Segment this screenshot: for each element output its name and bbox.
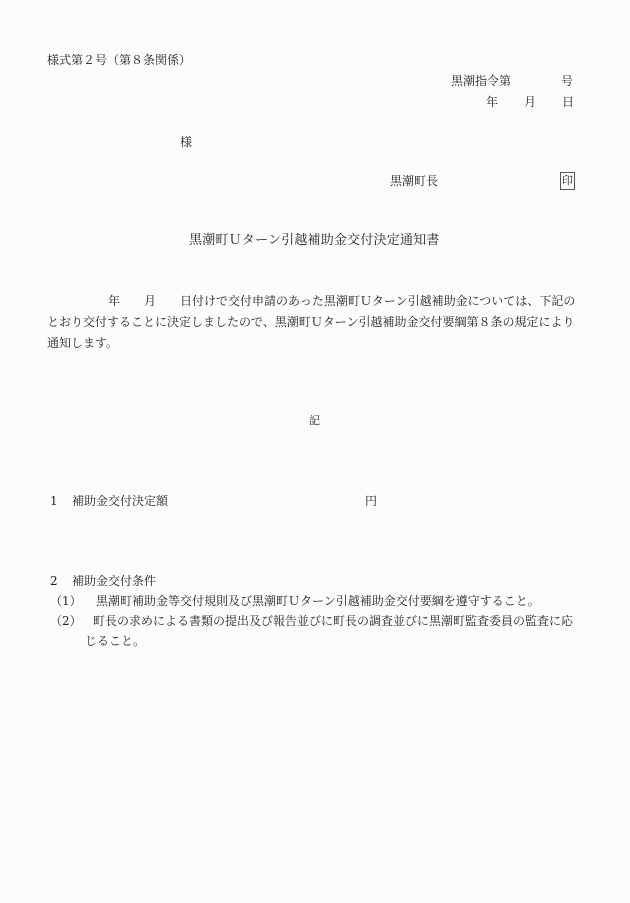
condition-number: （2） [50,611,93,631]
document-title: 黒潮町Ｕターン引越補助金交付決定通知書 [189,233,440,249]
body-line-2: とおり交付することに決定しましたので、黒潮町Ｕターン引越補助金交付要綱第８条の規… [47,312,587,333]
body-line-3: 通知します。 [47,333,587,354]
item-grant-amount: 1補助金交付決定額 円 [50,493,168,509]
addressee-honorific: 様 [180,134,192,150]
body-month: 月 [144,294,156,308]
item-number: 2 [50,573,72,589]
issuer-name: 黒潮町長 [390,173,438,189]
condition-2: （2）町長の求めによる書類の提出及び報告並びに町長の調査並びに黒潮町監査委員の監… [50,611,573,631]
body-line1-text: 日付けで交付申請のあった黒潮町Ｕターン引越補助金については、下記の [180,294,575,308]
reference-number: 黒潮指令第号 [451,73,573,89]
item-number: 1 [50,493,72,509]
body-paragraph: 年月日付けで交付申請のあった黒潮町Ｕターン引越補助金については、下記の とおり交… [47,291,587,354]
condition-number: （1） [50,591,96,611]
body-line-1: 年月日付けで交付申請のあった黒潮町Ｕターン引越補助金については、下記の [47,291,587,312]
issue-date: 年月日 [486,94,574,110]
condition-2-continuation: じること。 [85,631,145,651]
condition-text: 町長の求めによる書類の提出及び報告並びに町長の調査並びに黒潮町監査委員の監査に応 [93,614,573,628]
date-month: 月 [524,94,562,110]
body-year: 年 [108,294,120,308]
form-number: 様式第２号（第８条関係） [47,52,191,68]
item-label: 補助金交付条件 [72,574,156,588]
date-day: 日 [562,94,574,110]
reference-prefix: 黒潮指令第 [451,73,561,89]
item-grant-conditions: 2補助金交付条件 [50,573,156,589]
yen-unit: 円 [365,493,377,509]
date-year: 年 [486,94,524,110]
ki-heading: 記 [309,413,320,429]
reference-suffix: 号 [561,74,573,88]
seal-mark: 印 [560,172,575,190]
item-label: 補助金交付決定額 [72,494,168,508]
condition-1: （1）黒潮町補助金等交付規則及び黒潮町Ｕターン引越補助金交付要綱を遵守すること。 [50,591,540,611]
condition-text: 黒潮町補助金等交付規則及び黒潮町Ｕターン引越補助金交付要綱を遵守すること。 [96,594,540,608]
